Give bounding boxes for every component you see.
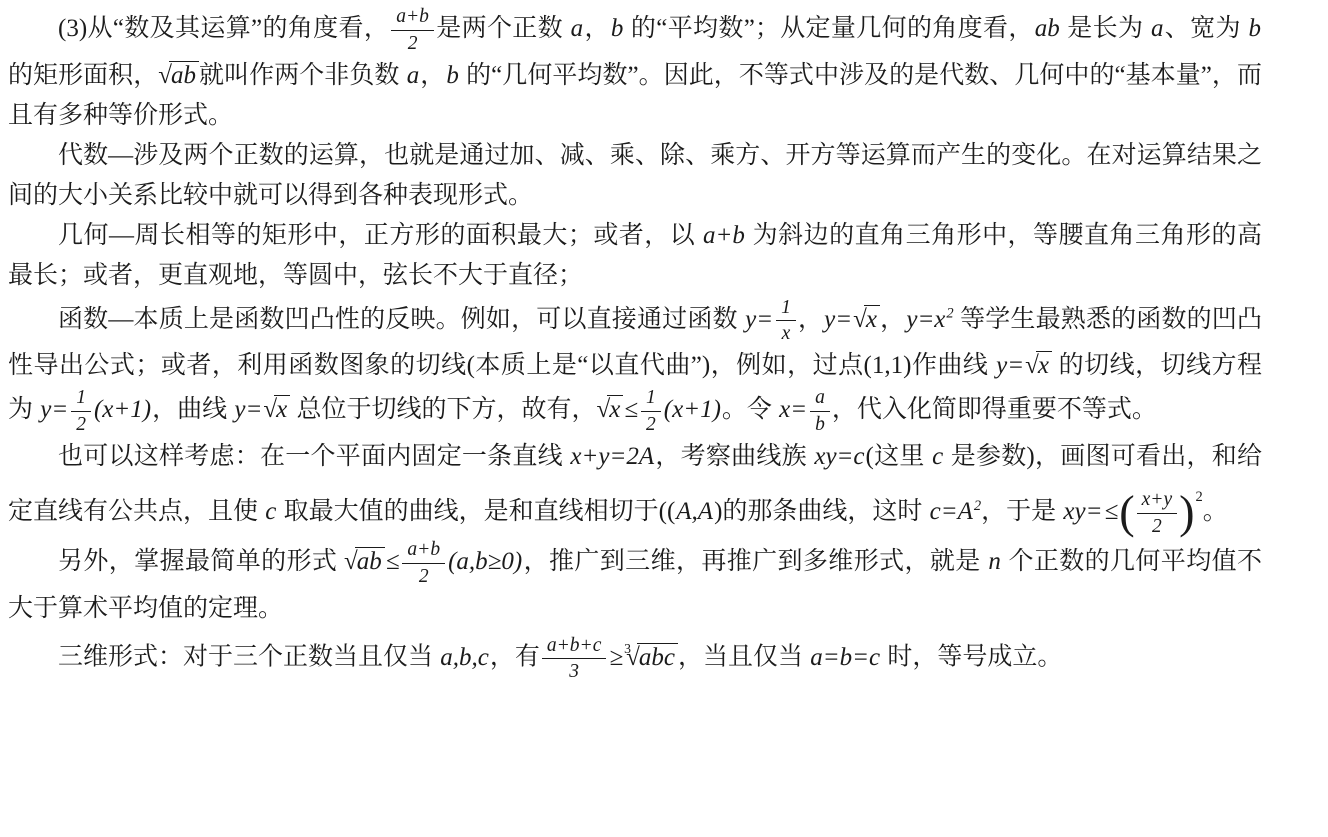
radicand: x (274, 395, 290, 423)
sqrt-expression: √x (263, 396, 290, 423)
paragraph-6: 另外，掌握最简单的形式 √ab≤a+b2(a,b≥0)，推广到三维，再推广到多维… (8, 538, 1262, 629)
math-inline: ab (1034, 15, 1061, 42)
math-inline: a=b=c (809, 644, 881, 671)
math-inline: y=x (905, 306, 946, 333)
math-inline: ≥ (608, 644, 624, 671)
math-inline: A,A (675, 498, 714, 525)
fraction-numerator: a+b (391, 5, 434, 31)
text-run: 、宽为 (1164, 15, 1247, 42)
paragraph-4: 函数—本质上是函数凹凸性的反映。例如，可以直接通过函数 y=1x，y=√x，y=… (8, 296, 1262, 437)
text-run: ，于是 (981, 498, 1062, 525)
math-inline: x+y=2A (569, 443, 655, 470)
text-run: ， (584, 15, 610, 42)
math-inline: y= (233, 396, 263, 423)
text-run: ，有 (490, 644, 540, 671)
text-run: ，当且仅当 (678, 644, 809, 671)
text-run: 是两个正数 (436, 15, 570, 42)
math-inline: n (987, 548, 1002, 575)
math-inline: x= (778, 396, 808, 423)
sqrt-expression: √x (853, 306, 880, 333)
text-run: 。 (1203, 498, 1228, 525)
math-fraction: 12 (71, 386, 91, 437)
text-run: 代数—涉及两个正数的运算，也就是通过加、减、乘、除、乘方、开方等运算而产生的变化… (8, 142, 1262, 209)
text-run: 几何—周长相等的矩形中，正方形的面积最大；或者，以 (58, 222, 702, 249)
math-inline: a+b (702, 222, 746, 249)
math-inline: ≤ (1103, 498, 1119, 525)
text-run: ， (880, 306, 905, 333)
math-fraction: ab (810, 386, 830, 437)
text-run: 取最大值的曲线，是和直线相切于(( (277, 498, 675, 525)
math-inline: (a,b≥0) (447, 548, 523, 575)
open-paren: ( (1119, 487, 1134, 538)
math-inline: c (264, 498, 277, 525)
radicand: ab (355, 547, 385, 575)
text-run: 三维形式：对于三个正数当且仅当 (58, 644, 439, 671)
text-run: 就叫作两个非负数 (199, 62, 406, 89)
math-fraction: a+b2 (402, 538, 445, 589)
math-inline: y= (39, 396, 69, 423)
math-inline: b (1247, 15, 1262, 42)
math-inline: y= (995, 352, 1025, 379)
fraction-denominator: 3 (564, 659, 584, 684)
paragraph-7: 三维形式：对于三个正数当且仅当 a,b,c，有a+b+c3≥3√abc，当且仅当… (8, 629, 1262, 684)
fraction-numerator: a+b+c (542, 634, 606, 660)
math-inline: b (610, 15, 625, 42)
parenthesized-fraction: (x+y2)2 (1119, 498, 1203, 525)
math-inline: ≤ (385, 548, 401, 575)
math-inline: c (931, 443, 944, 470)
text-run: ，推广到三维，再推广到多维形式，就是 (523, 548, 987, 575)
fraction-denominator: 2 (414, 564, 434, 589)
math-inline: (x+1) (93, 396, 152, 423)
fraction-denominator: 2 (403, 31, 423, 56)
paragraph-3: 几何—周长相等的矩形中，正方形的面积最大；或者，以 a+b 为斜边的直角三角形中… (8, 216, 1262, 296)
math-inline: xy= (1062, 498, 1103, 525)
math-inline: a (1150, 15, 1165, 42)
text-run: 也可以这样考虑：在一个平面内固定一条直线 (58, 443, 569, 470)
math-fraction: 1x (776, 296, 796, 347)
math-inline: y= (823, 306, 853, 333)
document-page: (3)从“数及其运算”的角度看，a+b2是两个正数 a，b 的“平均数”；从定量… (0, 0, 1328, 837)
fraction-numerator: 1 (641, 386, 661, 412)
math-superscript: 2 (1196, 489, 1203, 505)
paragraph-1: (3)从“数及其运算”的角度看，a+b2是两个正数 a，b 的“平均数”；从定量… (8, 5, 1262, 136)
sqrt-expression: √ab (344, 548, 385, 575)
text-run: ， (798, 306, 823, 333)
math-fraction: 12 (641, 386, 661, 437)
text-run: 的矩形面积， (8, 62, 158, 89)
radicand: x (1036, 351, 1052, 379)
fraction-numerator: x+y (1137, 488, 1177, 514)
text-run: 时，等号成立。 (881, 644, 1062, 671)
math-fraction: x+y2 (1137, 488, 1177, 539)
text-run: ，曲线 (152, 396, 233, 423)
text-run: 函数—本质上是函数凹凸性的反映。例如，可以直接通过函数 (58, 306, 744, 333)
math-inline: b (445, 62, 460, 89)
math-inline: a,b,c (439, 644, 490, 671)
fraction-denominator: 2 (71, 412, 91, 437)
math-inline: c=A (929, 498, 974, 525)
fraction-numerator: a (810, 386, 830, 412)
sqrt-expression: √ab (158, 62, 199, 89)
text-run: )的那条曲线，这时 (714, 498, 929, 525)
radicand: abc (637, 643, 678, 671)
math-superscript: 2 (946, 305, 953, 321)
math-inline: (x+1) (663, 396, 722, 423)
text-run: 另外，掌握最简单的形式 (58, 548, 344, 575)
sqrt-expression: √x (596, 396, 623, 423)
fraction-denominator: 2 (641, 412, 661, 437)
fraction-denominator: b (810, 412, 830, 437)
fraction-numerator: a+b (402, 538, 445, 564)
math-inline: xy=c (813, 443, 865, 470)
sqrt-expression: 3√abc (624, 644, 678, 671)
text-run: 总位于切线的下方，故有， (290, 396, 596, 423)
math-inline: y= (744, 306, 774, 333)
text-run: ， (420, 62, 445, 89)
fraction-numerator: 1 (71, 386, 91, 412)
math-inline: a (570, 15, 585, 42)
math-inline: ≤ (623, 396, 639, 423)
text-run: ，代入化简即得重要不等式。 (832, 396, 1157, 423)
radicand: x (607, 395, 623, 423)
radicand: ab (169, 61, 199, 89)
sqrt-expression: √x (1025, 352, 1052, 379)
fraction-numerator: 1 (776, 296, 796, 322)
text-run: 。令 (722, 396, 778, 423)
close-paren: ) (1179, 487, 1194, 538)
text-run: (3)从“数及其运算”的角度看， (58, 15, 389, 42)
paragraph-5: 也可以这样考虑：在一个平面内固定一条直线 x+y=2A，考察曲线族 xy=c(这… (8, 437, 1262, 539)
text-run: 的“平均数”；从定量几何的角度看， (624, 15, 1033, 42)
text-run: ，考察曲线族 (655, 443, 813, 470)
fraction-denominator: x (777, 321, 796, 346)
radicand: x (864, 305, 880, 333)
math-inline: a (406, 62, 421, 89)
paragraph-2: 代数—涉及两个正数的运算，也就是通过加、减、乘、除、乘方、开方等运算而产生的变化… (8, 136, 1262, 216)
document-content: (3)从“数及其运算”的角度看，a+b2是两个正数 a，b 的“平均数”；从定量… (8, 5, 1262, 684)
math-fraction: a+b2 (391, 5, 434, 56)
math-fraction: a+b+c3 (542, 634, 606, 685)
text-run: 是长为 (1061, 15, 1150, 42)
fraction-denominator: 2 (1147, 514, 1167, 539)
text-run: (这里 (866, 443, 932, 470)
